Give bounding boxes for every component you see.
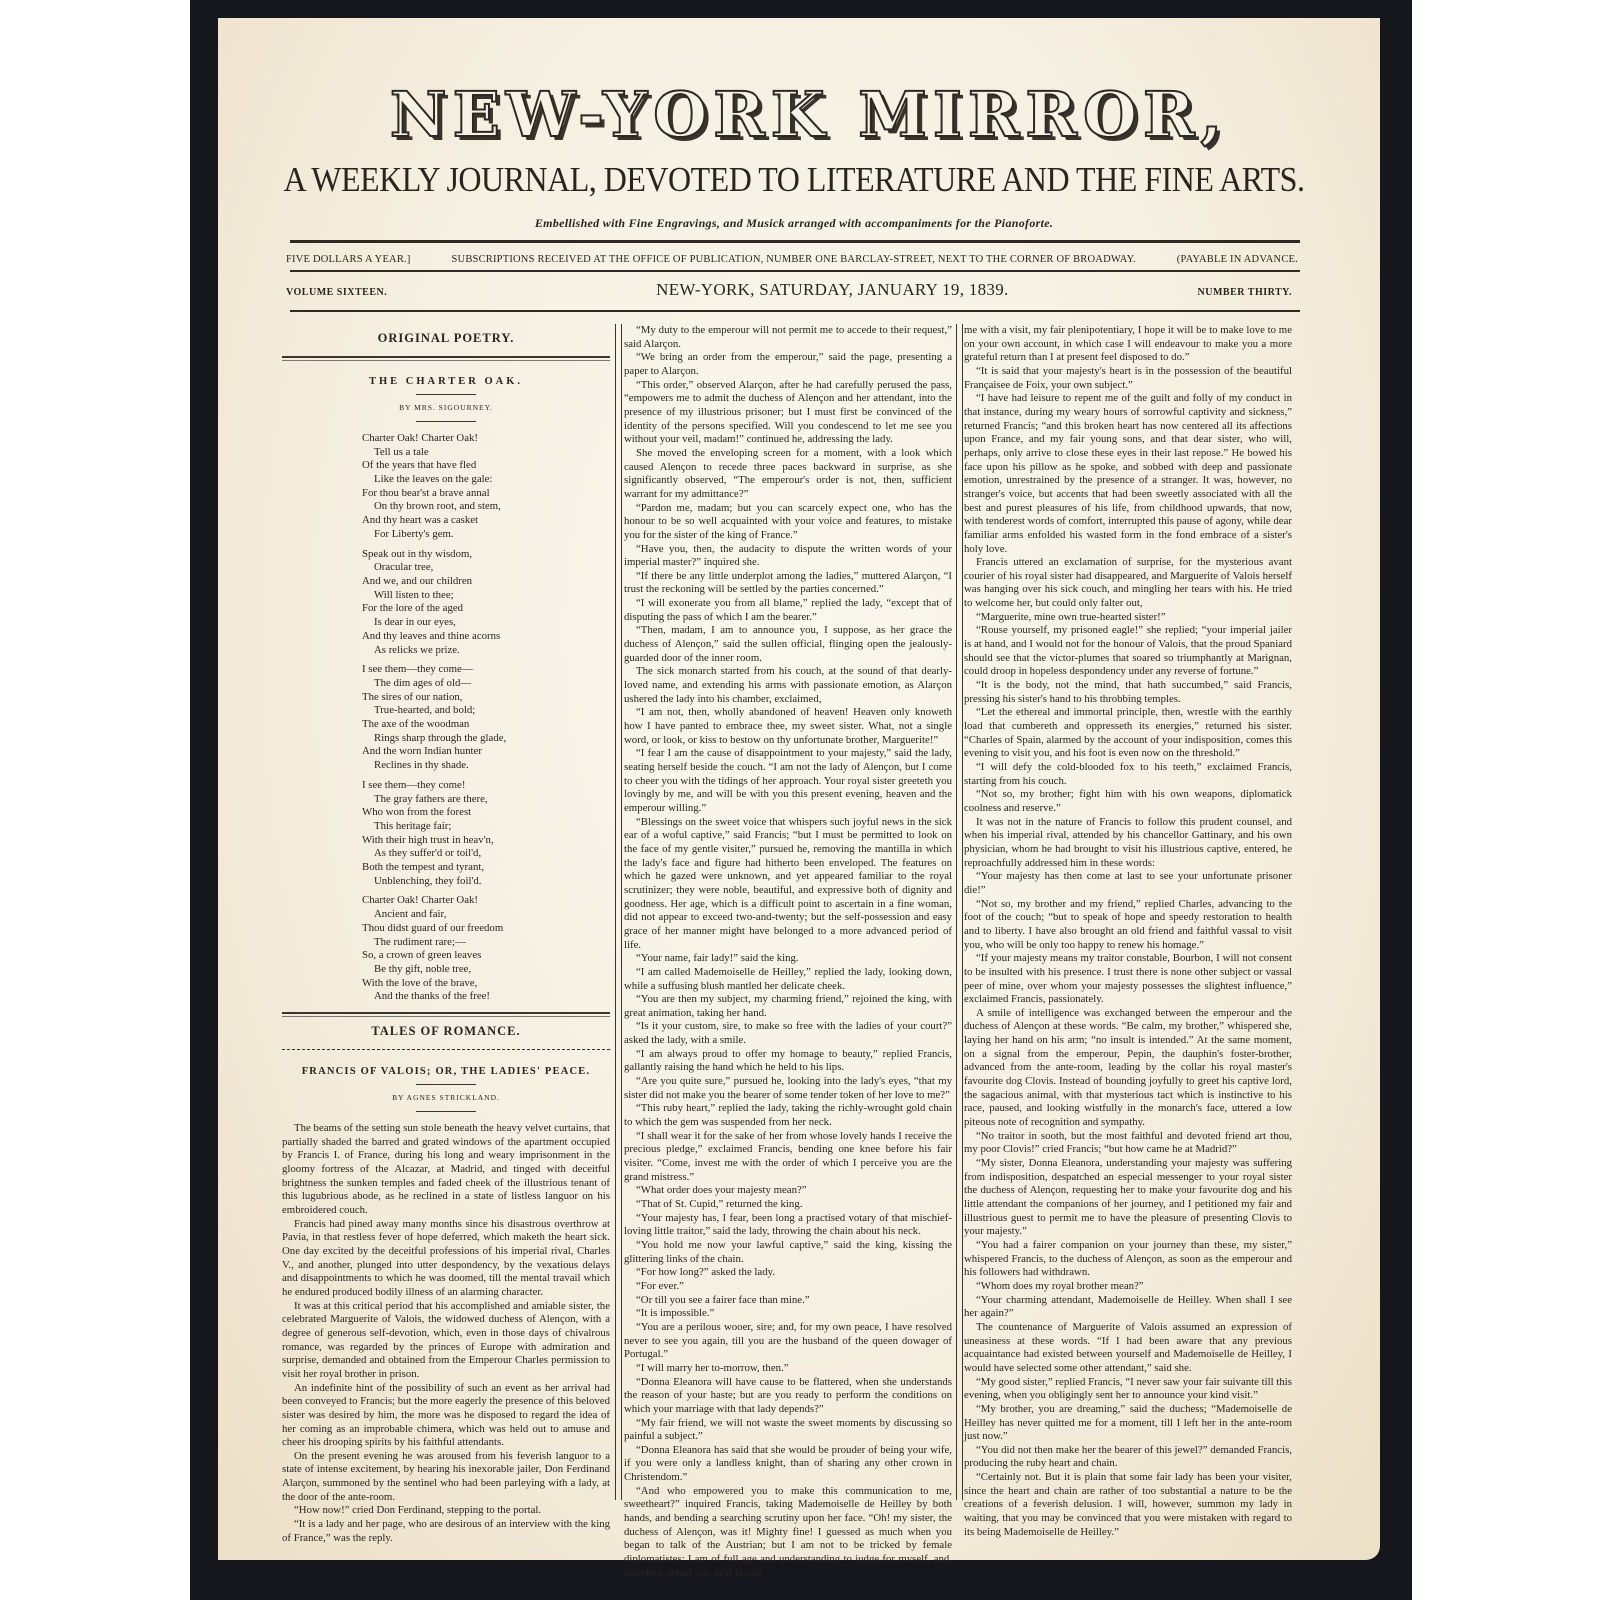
poem-line: As they suffer'd or toil'd,	[362, 847, 610, 861]
article-paragraph: On the present evening he was aroused fr…	[282, 1450, 610, 1505]
article-paragraph: “No traitor in sooth, but the most faith…	[964, 1130, 1292, 1157]
article-paragraph: The countenance of Marguerite of Valois …	[964, 1321, 1292, 1376]
article-paragraph: “Is it your custom, sire, to make so fre…	[624, 1020, 952, 1047]
poem-stanza: Charter Oak! Charter Oak!Tell us a taleO…	[362, 432, 610, 542]
article-paragraph: “I will marry her to-morrow, then.”	[624, 1362, 952, 1376]
issue-number: NUMBER THIRTY.	[1198, 287, 1292, 298]
poem-line: On thy brown root, and stem,	[362, 500, 610, 514]
article-paragraph: “You had a fairer companion on your jour…	[964, 1239, 1292, 1280]
article-paragraph: “For ever.”	[624, 1280, 952, 1294]
article-paragraph: “I will defy the cold-blooded fox to his…	[964, 761, 1292, 788]
article-paragraph: A smile of intelligence was exchanged be…	[964, 1007, 1292, 1130]
article-title: FRANCIS OF VALOIS; OR, THE LADIES' PEACE…	[282, 1065, 610, 1079]
poem-line: The sires of our nation,	[362, 691, 610, 705]
article-paragraph: “How now!” cried Don Ferdinand, stepping…	[282, 1504, 610, 1518]
poem-body: Charter Oak! Charter Oak!Tell us a taleO…	[362, 432, 610, 1004]
article-paragraph: “Marguerite, mine own true-hearted siste…	[964, 611, 1292, 625]
short-rule	[416, 421, 476, 422]
poem-line: True-hearted, and bold;	[362, 704, 610, 718]
article-paragraph: “I am always proud to offer my homage to…	[624, 1048, 952, 1075]
article-paragraph: “And who empowered you to make this comm…	[624, 1485, 952, 1581]
article-paragraph: “For how long?” asked the lady.	[624, 1266, 952, 1280]
article-paragraph: “I fear I am the cause of disappointment…	[624, 747, 952, 815]
info-rule	[290, 270, 1300, 272]
poem-line: Charter Oak! Charter Oak!	[362, 894, 610, 908]
poem-line: And thy heart was a casket	[362, 514, 610, 528]
poem-line: The dim ages of old—	[362, 677, 610, 691]
article-paragraph: “We bring an order from the emperour,” s…	[624, 351, 952, 378]
poem-line: Oracular tree,	[362, 561, 610, 575]
article-paragraph: “Blessings on the sweet voice that whisp…	[624, 816, 952, 953]
article-paragraph: “That of St. Cupid,” returned the king.	[624, 1198, 952, 1212]
article-paragraph: “Donna Eleanora will have cause to be fl…	[624, 1376, 952, 1417]
poem-line: Who won from the forest	[362, 806, 610, 820]
article-paragraph: “I am called Mademoiselle de Heilley,” r…	[624, 966, 952, 993]
poem-line: For Liberty's gem.	[362, 528, 610, 542]
article-paragraph: “Your majesty has then come at last to s…	[964, 870, 1292, 897]
column-2: “My duty to the emperour will not permit…	[624, 324, 952, 1484]
article-paragraph: “You are then my subject, my charming fr…	[624, 993, 952, 1020]
poem-line: Of the years that have fled	[362, 459, 610, 473]
subscription-info: FIVE DOLLARS A YEAR.] SUBSCRIPTIONS RECE…	[286, 254, 1298, 265]
article-paragraph: “Certainly not. But it is plain that som…	[964, 1471, 1292, 1539]
article-paragraph: “Then, madam, I am to announce you, I su…	[624, 624, 952, 665]
poem-stanza: Charter Oak! Charter Oak!Ancient and fai…	[362, 894, 610, 1004]
poem-line: So, a crown of green leaves	[362, 949, 610, 963]
poem-line: Charter Oak! Charter Oak!	[362, 432, 610, 446]
article-paragraph: Francis had pined away many months since…	[282, 1218, 610, 1300]
section-heading-romance: TALES OF ROMANCE.	[282, 1025, 610, 1039]
poem-line: Rings sharp through the glade,	[362, 732, 610, 746]
article-paragraph: “Have you, then, the audacity to dispute…	[624, 543, 952, 570]
article-paragraph: “You are a perilous wooer, sire; and, fo…	[624, 1321, 952, 1362]
poem-stanza: I see them—they come—The dim ages of old…	[362, 663, 610, 773]
dateline-rule	[290, 310, 1300, 312]
article-paragraph: “I will exonerate you from all blame,” r…	[624, 597, 952, 624]
article-paragraph: “Whom does my royal brother mean?”	[964, 1280, 1292, 1294]
article-byline: BY AGNES STRICKLAND.	[282, 1091, 610, 1105]
poem-line: Speak out in thy wisdom,	[362, 548, 610, 562]
poem-line: Be thy gift, noble tree,	[362, 963, 610, 977]
column-divider	[615, 324, 622, 1500]
article-paragraph: “My good sister,” replied Francis, “I ne…	[964, 1376, 1292, 1403]
dateline: VOLUME SIXTEEN. NEW-YORK, SATURDAY, JANU…	[286, 280, 1292, 300]
poem-line: As relicks we prize.	[362, 644, 610, 658]
issue-date: NEW-YORK, SATURDAY, JANUARY 19, 1839.	[656, 280, 1008, 300]
poem-line: And the thanks of the free!	[362, 990, 610, 1004]
article-paragraph: “Are you quite sure,” pursued he, lookin…	[624, 1075, 952, 1102]
poem-line: Thou didst guard of our freedom	[362, 922, 610, 936]
poem-byline: BY MRS. SIGOURNEY.	[282, 401, 610, 415]
poem-line: The rudiment rare;—	[362, 936, 610, 950]
short-rule	[416, 1084, 476, 1085]
masthead: NEW-YORK MIRROR, A WEEKLY JOURNAL, DEVOT…	[278, 78, 1310, 231]
poem-stanza: I see them—they come!The gray fathers ar…	[362, 779, 610, 889]
poem-line: The axe of the woodman	[362, 718, 610, 732]
poem-line: I see them—they come—	[362, 663, 610, 677]
poem-stanza: Speak out in thy wisdom,Oracular tree,An…	[362, 548, 610, 658]
article-paragraph: “Pardon me, madam; but you can scarcely …	[624, 502, 952, 543]
article-paragraph: She moved the enveloping screen for a mo…	[624, 447, 952, 502]
volume-label: VOLUME SIXTEEN.	[286, 287, 387, 298]
article-paragraph: “It is the body, not the mind, that hath…	[964, 679, 1292, 706]
article-paragraph: It was not in the nature of Francis to f…	[964, 816, 1292, 871]
section-rule	[282, 1049, 610, 1051]
article-paragraph: The sick monarch started from his couch,…	[624, 665, 952, 706]
poem-line: With their high trust in heav'n,	[362, 834, 610, 848]
poem-line: This heritage fair;	[362, 820, 610, 834]
subscription-text: SUBSCRIPTIONS RECEIVED AT THE OFFICE OF …	[452, 254, 1136, 265]
article-paragraph: “Rouse yourself, my prisoned eagle!” she…	[964, 624, 1292, 679]
payable-text: (PAYABLE IN ADVANCE.	[1177, 254, 1298, 265]
article-paragraph: “I am not, then, wholly abandoned of hea…	[624, 706, 952, 747]
article-paragraph: Francis uttered an exclamation of surpri…	[964, 556, 1292, 611]
article-paragraph: “My fair friend, we will not waste the s…	[624, 1417, 952, 1444]
newspaper-page: NEW-YORK MIRROR, A WEEKLY JOURNAL, DEVOT…	[218, 18, 1380, 1560]
article-paragraph: The beams of the setting sun stole benea…	[282, 1122, 610, 1218]
newspaper-subtitle: A WEEKLY JOURNAL, DEVOTED TO LITERATURE …	[278, 158, 1310, 199]
article-paragraph: “Donna Eleanora has said that she would …	[624, 1444, 952, 1485]
article-paragraph: “If there be any little underplot among …	[624, 570, 952, 597]
article-paragraph: “My brother, you are dreaming,” said the…	[964, 1403, 1292, 1444]
column-divider	[956, 324, 963, 1500]
poem-title: THE CHARTER OAK.	[282, 375, 610, 389]
article-paragraph: me with a visit, my fair plenipotentiary…	[964, 324, 1292, 365]
section-rule	[282, 356, 610, 361]
short-rule	[416, 1111, 476, 1112]
article-paragraph: “Or till you see a fairer face than mine…	[624, 1294, 952, 1308]
newspaper-title: NEW-YORK MIRROR,	[308, 78, 1310, 152]
article-paragraph: “Your charming attendant, Mademoiselle d…	[964, 1294, 1292, 1321]
poem-line: Will listen to thee;	[362, 589, 610, 603]
article-paragraph: “Your name, fair lady!” said the king.	[624, 952, 952, 966]
article-paragraph: “I have had leisure to repent me of the …	[964, 392, 1292, 556]
poem-line: Like the leaves on the gale:	[362, 473, 610, 487]
article-paragraph: “This order,” observed Alarçon, after he…	[624, 379, 952, 447]
column-1: ORIGINAL POETRY. THE CHARTER OAK. BY MRS…	[282, 324, 610, 1484]
article-paragraph: “What order does your majesty mean?”	[624, 1184, 952, 1198]
article-paragraph: “My duty to the emperour will not permit…	[624, 324, 952, 351]
article-paragraph: An indefinite hint of the possibility of…	[282, 1382, 610, 1450]
article-paragraph: “I shall wear it for the sake of her fro…	[624, 1130, 952, 1185]
poem-line: With the love of the brave,	[362, 977, 610, 991]
article-paragraph: “My sister, Donna Eleanora, understandin…	[964, 1157, 1292, 1239]
article-paragraph: “It is impossible.”	[624, 1307, 952, 1321]
article-paragraph: “You hold me now your lawful captive,” s…	[624, 1239, 952, 1266]
poem-line: Is dear in our eyes,	[362, 616, 610, 630]
header-rule	[290, 240, 1300, 243]
poem-line: And the worn Indian hunter	[362, 745, 610, 759]
article-paragraph: “If your majesty means my traitor consta…	[964, 952, 1292, 1007]
poem-line: For the lore of the aged	[362, 602, 610, 616]
article-columns: ORIGINAL POETRY. THE CHARTER OAK. BY MRS…	[282, 324, 1282, 1484]
poem-line: I see them—they come!	[362, 779, 610, 793]
poem-line: Reclines in thy shade.	[362, 759, 610, 773]
article-paragraph: “Not so, my brother and my friend,” repl…	[964, 898, 1292, 953]
poem-line: Ancient and fair,	[362, 908, 610, 922]
poem-line: And we, and our children	[362, 575, 610, 589]
poem-line: Tell us a tale	[362, 446, 610, 460]
short-rule	[416, 394, 476, 395]
section-rule	[282, 1012, 610, 1017]
article-paragraph: “You did not then make her the bearer of…	[964, 1444, 1292, 1471]
article-paragraph: It was at this critical period that his …	[282, 1300, 610, 1382]
article-paragraph: “Not so, my brother; fight him with his …	[964, 788, 1292, 815]
poem-line: Unblenching, they foil'd.	[362, 875, 610, 889]
article-paragraph: “Let the ethereal and immortal principle…	[964, 706, 1292, 761]
price-text: FIVE DOLLARS A YEAR.]	[286, 254, 411, 265]
section-heading-poetry: ORIGINAL POETRY.	[282, 332, 610, 346]
poem-line: The gray fathers are there,	[362, 793, 610, 807]
poem-line: And thy leaves and thine acorns	[362, 630, 610, 644]
article-body-col1: The beams of the setting sun stole benea…	[282, 1122, 610, 1545]
newspaper-tagline: Embellished with Fine Engravings, and Mu…	[278, 216, 1310, 231]
poem-line: For thou bear'st a brave annal	[362, 487, 610, 501]
column-3: me with a visit, my fair plenipotentiary…	[964, 324, 1292, 1484]
article-paragraph: “Your majesty has, I fear, been long a p…	[624, 1212, 952, 1239]
article-paragraph: “It is a lady and her page, who are desi…	[282, 1518, 610, 1545]
article-paragraph: “This ruby heart,” replied the lady, tak…	[624, 1102, 952, 1129]
poem-line: Both the tempest and tyrant,	[362, 861, 610, 875]
article-paragraph: “It is said that your majesty's heart is…	[964, 365, 1292, 392]
